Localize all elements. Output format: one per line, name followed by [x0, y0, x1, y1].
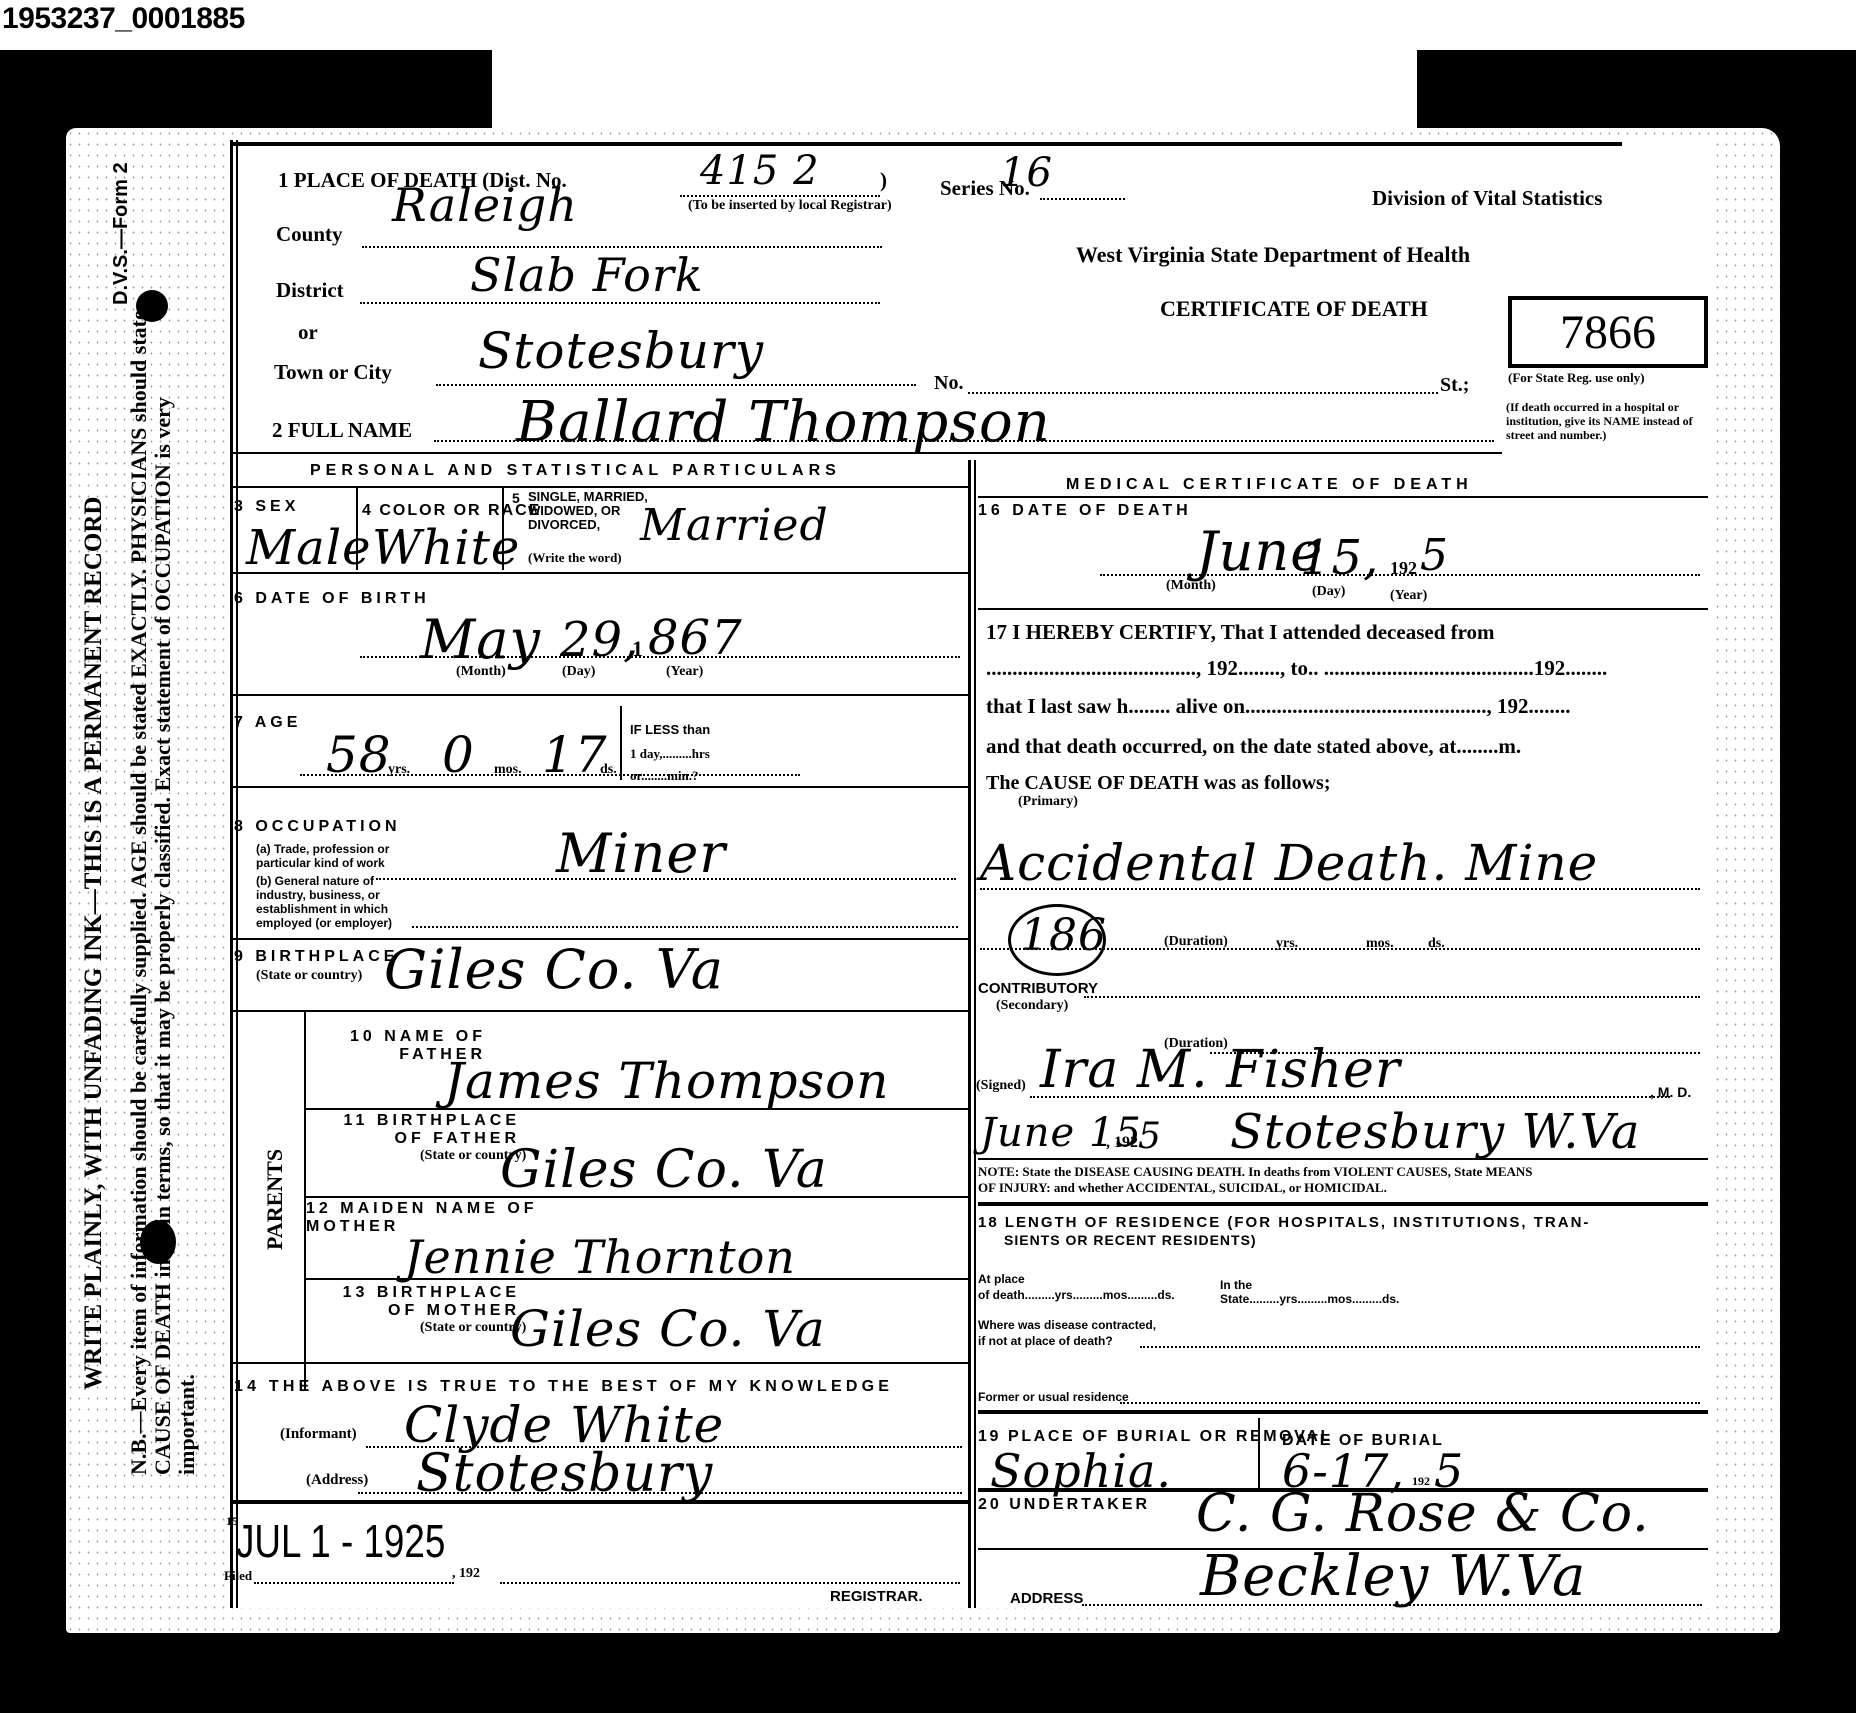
district-number: 415 2 [700, 148, 820, 194]
margin-instruction-2: N.B.—Every item of information should be… [126, 310, 152, 1475]
county-label: County [276, 222, 343, 247]
contributory-label: CONTRIBUTORY [978, 980, 1098, 997]
contracted-line [1140, 1346, 1700, 1348]
rule [232, 572, 968, 574]
certify-line-2: ........................................… [986, 656, 1607, 681]
month-caption: (Month) [456, 664, 506, 680]
dist-no-note: (To be inserted by local Registrar) [688, 198, 892, 214]
age-months: 0 [442, 726, 475, 784]
series-number: 16 [1000, 150, 1053, 196]
certify-line-4: and that death occurred, on the date sta… [986, 734, 1521, 759]
district-value: Slab Fork [470, 248, 704, 302]
town-value: Stotesbury [478, 322, 764, 380]
dist-no-line [680, 195, 880, 197]
signed-year-prefix: , 192 [1106, 1134, 1138, 1152]
town-label: Town or City [274, 360, 392, 385]
divider [1258, 1418, 1260, 1490]
race-value: White [372, 520, 520, 576]
cert-number-note: (For State Reg. use only) [1508, 370, 1645, 386]
dod-year: 5 [1420, 530, 1449, 581]
informant-heading: 14 THE ABOVE IS TRUE TO THE BEST OF MY K… [234, 1378, 893, 1396]
dob-year-prefix: 1 [632, 636, 643, 662]
parents-label: PARENTS [262, 1149, 288, 1250]
informant-address-value: Stotesbury [416, 1444, 713, 1504]
at-place-label: At place [978, 1272, 1025, 1286]
rule [232, 1500, 968, 1504]
age-ds-unit: ds. [600, 762, 617, 778]
dob-day: 29, [560, 612, 639, 668]
mother-birthplace-value: Giles Co. Va [510, 1300, 826, 1358]
filed-label: Filed [224, 1568, 252, 1584]
or-min-label: or........min.? [630, 768, 699, 784]
filed-year: , 192 [452, 1566, 480, 1582]
column-divider [968, 460, 971, 1608]
marital-value: Married [640, 500, 829, 551]
occupation-value: Miner [556, 822, 726, 885]
divider [620, 706, 622, 780]
rule [304, 1278, 968, 1280]
certificate-number: 7866 [1560, 305, 1656, 360]
rule [978, 1158, 1708, 1160]
district-label: District [276, 278, 344, 303]
former-residence-line [1120, 1402, 1700, 1404]
contributory-line [1084, 996, 1700, 998]
dod-year-prefix: 192 [1390, 558, 1417, 579]
certificate-title: CERTIFICATE OF DEATH [1160, 296, 1428, 322]
year-caption: (Year) [666, 664, 703, 680]
rule [304, 1196, 968, 1198]
birthplace-note: (State or country) [256, 968, 362, 984]
image-id-label: 1953237_0001885 [2, 2, 245, 36]
cause-label: The CAUSE OF DEATH was as follows; [986, 772, 1330, 795]
divider [356, 486, 358, 570]
dob-label: 6 DATE OF BIRTH [234, 590, 430, 608]
residence-label: 18 LENGTH OF RESIDENCE (FOR HOSPITALS, I… [978, 1214, 1590, 1231]
rule [232, 1010, 968, 1012]
margin-instruction-1: WRITE PLAINLY, WITH UNFADING INK—THIS IS… [80, 497, 108, 1390]
occupation-a-label: (a) Trade, profession or particular kind… [256, 842, 426, 870]
scan-background-left [0, 50, 66, 1713]
rule [978, 496, 1708, 498]
cause-primary-value: Accidental Death. Mine [980, 834, 1598, 892]
marital-note: (Write the word) [528, 550, 622, 566]
md-label: , M. D. [1650, 1084, 1691, 1100]
signed-label: (Signed) [976, 1078, 1026, 1094]
age-label: 7 AGE [234, 714, 301, 732]
undertaker-value: C. G. Rose & Co. [1196, 1484, 1650, 1544]
birthplace-value: Giles Co. Va [384, 938, 724, 1001]
duration-ds: ds. [1428, 936, 1445, 952]
scan-background-right [1780, 50, 1856, 1713]
occupation-label: 8 OCCUPATION [234, 818, 401, 836]
former-residence-label: Former or usual residence [978, 1390, 1129, 1404]
father-birthplace-label: 11 BIRTHPLACE OF FATHER [306, 1112, 520, 1148]
day-caption: (Day) [562, 664, 595, 680]
full-name-label: 2 FULL NAME [272, 418, 412, 443]
age-mos-unit: mos. [494, 762, 522, 778]
rule [232, 694, 968, 696]
in-state-label: In the [1220, 1278, 1252, 1292]
marital-number: 5 [512, 490, 524, 506]
age-yrs-unit: yrs. [388, 762, 410, 778]
duration-mos: mos. [1366, 936, 1394, 952]
department-title: West Virginia State Department of Health [1076, 242, 1470, 268]
frame-top [232, 142, 1622, 146]
street-st-label: St.; [1440, 374, 1469, 397]
filed-line [254, 1582, 454, 1584]
ink-blot [140, 1220, 176, 1264]
secondary-label: (Secondary) [996, 998, 1068, 1014]
margin-instruction-4: important. [174, 1374, 200, 1475]
rule [232, 486, 968, 488]
or-label: or [298, 320, 318, 345]
registrar-label: REGISTRAR. [830, 1588, 923, 1605]
dob-year: 867 [648, 610, 743, 666]
hospital-note: (If death occurred in a hospital or inst… [1506, 400, 1706, 442]
scan-background-top-left [0, 50, 492, 140]
informant-label: (Informant) [280, 1426, 357, 1443]
physician-signature: Ira M. Fisher [1040, 1040, 1401, 1100]
filed-stamp: JUL 1 - 1925 [236, 1514, 445, 1568]
undertaker-address-label: ADDRESS [1010, 1590, 1083, 1607]
dod-month-caption: (Month) [1166, 578, 1216, 594]
registrar-line [500, 1582, 960, 1584]
form-number: D.V.S.—Form 2 [110, 162, 133, 305]
duration-yrs: yrs. [1276, 936, 1298, 952]
primary-label: (Primary) [1018, 794, 1078, 810]
dod-label: 16 DATE OF DEATH [978, 502, 1192, 520]
dod-day-caption: (Day) [1312, 584, 1345, 600]
town-line [436, 384, 916, 386]
undertaker-label: 20 UNDERTAKER [978, 1496, 1150, 1514]
certify-line-3: that I last saw h........ alive on......… [986, 694, 1571, 719]
dod-year-caption: (Year) [1390, 588, 1427, 604]
one-day-label: 1 day,.........hrs [630, 746, 710, 762]
informant-address-label: (Address) [306, 1472, 368, 1489]
if-not-label: if not at place of death? [978, 1334, 1113, 1348]
where-contracted-label: Where was disease contracted, [978, 1318, 1156, 1332]
division-title: Division of Vital Statistics [1372, 186, 1602, 211]
medical-section-title: MEDICAL CERTIFICATE OF DEATH [1066, 476, 1473, 494]
rule [304, 1108, 968, 1110]
at-place-fields: of death.........yrs.........mos........… [978, 1288, 1175, 1302]
county-value: Raleigh [392, 178, 578, 232]
dob-month: May [420, 608, 541, 671]
duration-line [980, 948, 1700, 950]
age-years: 58 [326, 726, 392, 784]
certificate-number-box: 7866 [1508, 296, 1708, 368]
certify-line-1: 17 I HEREBY CERTIFY, That I attended dec… [986, 620, 1495, 645]
personal-section-title: PERSONAL AND STATISTICAL PARTICULARS [310, 462, 841, 480]
divider [502, 486, 504, 570]
sex-label: 3 SEX [234, 498, 299, 516]
rule [232, 452, 1502, 454]
birthplace-label: 9 BIRTHPLACE [234, 948, 398, 966]
father-birthplace-value: Giles Co. Va [500, 1140, 828, 1200]
undertaker-address-value: Beckley W.Va [1200, 1544, 1586, 1609]
father-name-value: James Thompson [444, 1052, 889, 1110]
rule [978, 1410, 1708, 1414]
dod-day: 15, [1300, 530, 1379, 586]
occupation-line-b [412, 926, 958, 928]
if-less-label: IF LESS than [630, 722, 710, 737]
rule [978, 1202, 1708, 1206]
rule [978, 608, 1708, 610]
occupation-b-label: (b) General nature of industry, business… [256, 874, 426, 930]
ink-blot [136, 290, 168, 322]
series-line [1040, 198, 1125, 200]
mother-birthplace-label: 13 BIRTHPLACE OF MOTHER [306, 1284, 520, 1320]
mother-name-value: Jennie Thornton [404, 1230, 796, 1284]
duration-label: (Duration) [1164, 934, 1228, 950]
margin-instruction-3: CAUSE OF DEATH in plain terms, so that i… [150, 397, 176, 1475]
note-line-1: NOTE: State the DISEASE CAUSING DEATH. I… [978, 1164, 1533, 1180]
dist-no-close: ) [880, 168, 887, 193]
note-line-2: OF INJURY: and whether ACCIDENTAL, SUICI… [978, 1180, 1387, 1196]
rule [232, 1362, 968, 1364]
district-line [360, 302, 880, 304]
cause-code: 186 [1020, 910, 1107, 961]
physician-address: Stotesbury W.Va [1230, 1104, 1640, 1160]
marital-label: SINGLE, MARRIED, WIDOWED, OR DIVORCED, [528, 490, 648, 532]
in-state-fields: State.........yrs.........mos.........ds… [1220, 1292, 1399, 1306]
frame-left [230, 140, 233, 1608]
signed-year: 5 [1138, 1116, 1162, 1157]
rule [232, 786, 968, 788]
full-name-value: Ballard Thompson [516, 390, 1051, 455]
residence-label-2: SIENTS OR RECENT RESIDENTS) [1004, 1232, 1257, 1248]
age-days: 17 [542, 726, 608, 784]
column-divider-inner [974, 460, 976, 1608]
sex-value: Male [246, 520, 372, 576]
